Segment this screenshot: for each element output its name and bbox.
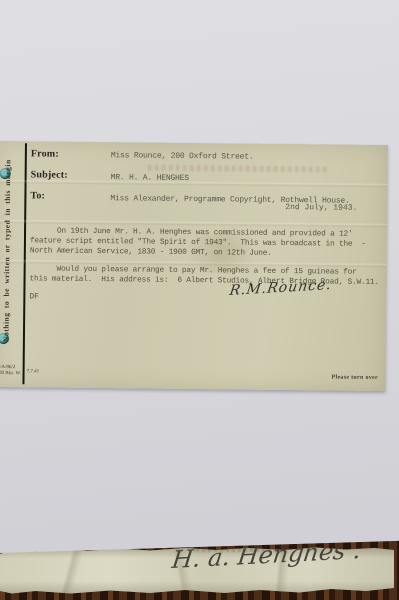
please-turn-over-note: Please turn over bbox=[332, 375, 379, 381]
subject-value: MR. H. A. HENGHES bbox=[111, 173, 189, 183]
body-paragraph-1: On 19th June Mr. H. A. Henghes was commi… bbox=[30, 226, 366, 260]
form-print-date: 7.7.41 bbox=[27, 369, 40, 374]
form-reference-number: C/A/86/2 500 Bks. W. bbox=[0, 365, 21, 376]
memo-date: 2nd July, 1943. bbox=[285, 203, 357, 213]
memo-document: Nothing to be written or typed in this m… bbox=[0, 141, 388, 391]
typist-initials: DF bbox=[29, 292, 39, 301]
crumpled-paper-scrap: H. a. Henghes . bbox=[0, 545, 394, 595]
from-value: Miss Rounce, 200 Oxford Street. bbox=[111, 151, 254, 161]
to-label: To: bbox=[30, 190, 45, 201]
faint-ink-impression bbox=[148, 165, 328, 173]
subject-label: Subject: bbox=[31, 169, 68, 180]
from-label: From: bbox=[31, 148, 59, 159]
margin-instruction-text: Nothing to be written or typed in this m… bbox=[1, 145, 16, 357]
